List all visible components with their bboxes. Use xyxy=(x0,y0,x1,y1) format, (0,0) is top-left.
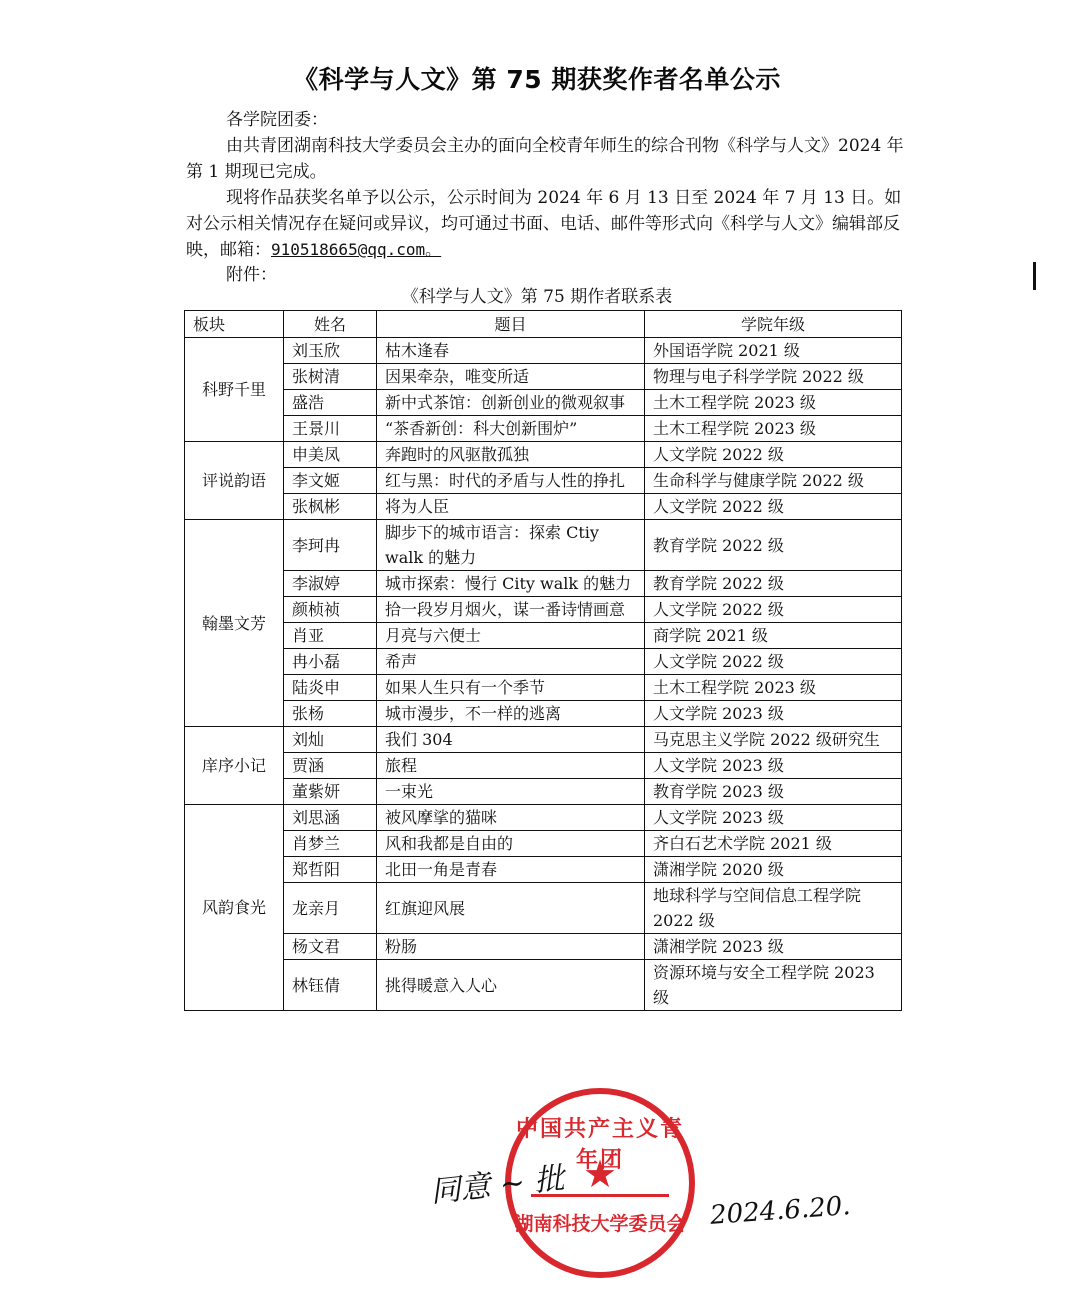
table-row: 张杨城市漫步，不一样的逃离人文学院 2023 级 xyxy=(185,701,902,727)
header-title: 题目 xyxy=(377,311,645,338)
table-row: 龙亲月红旗迎风展地球科学与空间信息工程学院 2022 级 xyxy=(185,883,902,934)
handwritten-date: 2024.6.20. xyxy=(709,1191,851,1231)
name-cell: 郑哲阳 xyxy=(284,857,377,883)
section-cell: 科野千里 xyxy=(185,338,284,442)
title-cell: 红旗迎风展 xyxy=(377,883,645,934)
title-cell: 奔跑时的风驱散孤独 xyxy=(377,442,645,468)
table-row: 肖梦兰风和我都是自由的齐白石艺术学院 2021 级 xyxy=(185,831,902,857)
email-link[interactable]: 910518665@qq.com。 xyxy=(271,240,441,259)
name-cell: 李珂冉 xyxy=(284,520,377,571)
table-row: 贾涵旅程人文学院 2023 级 xyxy=(185,753,902,779)
name-cell: 陆炎申 xyxy=(284,675,377,701)
section-cell: 风韵食光 xyxy=(185,805,284,1011)
paragraph-notice: 现将作品获奖名单予以公示，公示时间为 2024 年 6 月 13 日至 2024… xyxy=(186,185,906,263)
header-section: 板块 xyxy=(185,311,284,338)
name-cell: 林钰倩 xyxy=(284,960,377,1011)
college-cell: 土木工程学院 2023 级 xyxy=(645,416,902,442)
college-cell: 马克思主义学院 2022 级研究生 xyxy=(645,727,902,753)
table-header-row: 板块 姓名 题目 学院年级 xyxy=(185,311,902,338)
salutation-text: 各学院团委： xyxy=(186,110,328,130)
section-cell: 评说韵语 xyxy=(185,442,284,520)
title-cell: 城市探索：慢行 City walk 的魅力 xyxy=(377,571,645,597)
table-row: 杨文君粉肠潇湘学院 2023 级 xyxy=(185,934,902,960)
table-row: 风韵食光刘思涵被风摩挲的猫咪人文学院 2023 级 xyxy=(185,805,902,831)
table-row: 盛浩新中式茶馆：创新创业的微观叙事土木工程学院 2023 级 xyxy=(185,390,902,416)
college-cell: 人文学院 2023 级 xyxy=(645,701,902,727)
name-cell: 颜桢祯 xyxy=(284,597,377,623)
name-cell: 张树清 xyxy=(284,364,377,390)
table-row: 冉小磊希声人文学院 2022 级 xyxy=(185,649,902,675)
table-row: 陆炎申如果人生只有一个季节土木工程学院 2023 级 xyxy=(185,675,902,701)
title-cell: 城市漫步，不一样的逃离 xyxy=(377,701,645,727)
section-cell: 庠序小记 xyxy=(185,727,284,805)
table-row: 庠序小记刘灿我们 304马克思主义学院 2022 级研究生 xyxy=(185,727,902,753)
name-cell: 肖亚 xyxy=(284,623,377,649)
title-cell: 我们 304 xyxy=(377,727,645,753)
title-cell: 枯木逢春 xyxy=(377,338,645,364)
name-cell: 董紫妍 xyxy=(284,779,377,805)
paragraph-intro: 由共青团湖南科技大学委员会主办的面向全校青年师生的综合刊物《科学与人文》2024… xyxy=(186,133,906,185)
college-cell: 土木工程学院 2023 级 xyxy=(645,390,902,416)
table-body: 科野千里刘玉欣枯木逢春外国语学院 2021 级张树清因果牵杂，唯变所适物理与电子… xyxy=(185,338,902,1011)
college-cell: 生命科学与健康学院 2022 级 xyxy=(645,468,902,494)
name-cell: 杨文君 xyxy=(284,934,377,960)
college-cell: 物理与电子科学学院 2022 级 xyxy=(645,364,902,390)
table-caption: 《科学与人文》第 75 期作者联系表 xyxy=(0,282,1074,307)
table-row: 郑哲阳北田一角是青春潇湘学院 2020 级 xyxy=(185,857,902,883)
name-cell: 刘玉欣 xyxy=(284,338,377,364)
table-row: 林钰倩挑得暖意入人心资源环境与安全工程学院 2023 级 xyxy=(185,960,902,1011)
name-cell: 张杨 xyxy=(284,701,377,727)
table-row: 翰墨文芳李珂冉脚步下的城市语言：探索 Ctiy walk 的魅力教育学院 202… xyxy=(185,520,902,571)
header-name: 姓名 xyxy=(284,311,377,338)
section-cell: 翰墨文芳 xyxy=(185,520,284,727)
document-title: 《科学与人文》第 75 期获奖作者名单公示 xyxy=(0,60,1074,96)
name-cell: 刘灿 xyxy=(284,727,377,753)
title-cell: 月亮与六便士 xyxy=(377,623,645,649)
title-cell: 新中式茶馆：创新创业的微观叙事 xyxy=(377,390,645,416)
table-row: 董紫妍一束光教育学院 2023 级 xyxy=(185,779,902,805)
name-cell: 张枫彬 xyxy=(284,494,377,520)
college-cell: 人文学院 2023 级 xyxy=(645,753,902,779)
name-cell: 盛浩 xyxy=(284,390,377,416)
title-cell: 拾一段岁月烟火，谋一番诗情画意 xyxy=(377,597,645,623)
title-cell: 脚步下的城市语言：探索 Ctiy walk 的魅力 xyxy=(377,520,645,571)
college-cell: 齐白石艺术学院 2021 级 xyxy=(645,831,902,857)
college-cell: 潇湘学院 2023 级 xyxy=(645,934,902,960)
title-cell: “茶香新创：科大创新围炉” xyxy=(377,416,645,442)
title-cell: 粉肠 xyxy=(377,934,645,960)
table-row: 李淑婷城市探索：慢行 City walk 的魅力教育学院 2022 级 xyxy=(185,571,902,597)
table-row: 李文姬红与黑：时代的矛盾与人性的挣扎生命科学与健康学院 2022 级 xyxy=(185,468,902,494)
college-cell: 外国语学院 2021 级 xyxy=(645,338,902,364)
college-cell: 资源环境与安全工程学院 2023 级 xyxy=(645,960,902,1011)
name-cell: 刘思涵 xyxy=(284,805,377,831)
college-cell: 地球科学与空间信息工程学院 2022 级 xyxy=(645,883,902,934)
college-cell: 人文学院 2022 级 xyxy=(645,442,902,468)
name-cell: 冉小磊 xyxy=(284,649,377,675)
title-cell: 因果牵杂，唯变所适 xyxy=(377,364,645,390)
table-row: 张枫彬将为人臣人文学院 2022 级 xyxy=(185,494,902,520)
college-cell: 教育学院 2022 级 xyxy=(645,520,902,571)
table-row: 王景川“茶香新创：科大创新围炉”土木工程学院 2023 级 xyxy=(185,416,902,442)
title-cell: 如果人生只有一个季节 xyxy=(377,675,645,701)
title-cell: 北田一角是青春 xyxy=(377,857,645,883)
college-cell: 人文学院 2022 级 xyxy=(645,649,902,675)
header-college: 学院年级 xyxy=(645,311,902,338)
name-cell: 贾涵 xyxy=(284,753,377,779)
college-cell: 商学院 2021 级 xyxy=(645,623,902,649)
table-row: 颜桢祯拾一段岁月烟火，谋一番诗情画意人文学院 2022 级 xyxy=(185,597,902,623)
authors-table: 板块 姓名 题目 学院年级 科野千里刘玉欣枯木逢春外国语学院 2021 级张树清… xyxy=(184,310,902,1011)
table-row: 科野千里刘玉欣枯木逢春外国语学院 2021 级 xyxy=(185,338,902,364)
title-cell: 风和我都是自由的 xyxy=(377,831,645,857)
college-cell: 人文学院 2022 级 xyxy=(645,494,902,520)
college-cell: 人文学院 2023 级 xyxy=(645,805,902,831)
title-cell: 一束光 xyxy=(377,779,645,805)
name-cell: 李淑婷 xyxy=(284,571,377,597)
college-cell: 教育学院 2023 级 xyxy=(645,779,902,805)
title-cell: 将为人臣 xyxy=(377,494,645,520)
table-row: 评说韵语申美凤奔跑时的风驱散孤独人文学院 2022 级 xyxy=(185,442,902,468)
title-cell: 红与黑：时代的矛盾与人性的挣扎 xyxy=(377,468,645,494)
title-cell: 挑得暖意入人心 xyxy=(377,960,645,1011)
table-row: 肖亚月亮与六便士商学院 2021 级 xyxy=(185,623,902,649)
college-cell: 教育学院 2022 级 xyxy=(645,571,902,597)
name-cell: 龙亲月 xyxy=(284,883,377,934)
name-cell: 肖梦兰 xyxy=(284,831,377,857)
name-cell: 王景川 xyxy=(284,416,377,442)
college-cell: 人文学院 2022 级 xyxy=(645,597,902,623)
name-cell: 申美凤 xyxy=(284,442,377,468)
college-cell: 潇湘学院 2020 级 xyxy=(645,857,902,883)
title-cell: 希声 xyxy=(377,649,645,675)
title-cell: 被风摩挲的猫咪 xyxy=(377,805,645,831)
name-cell: 李文姬 xyxy=(284,468,377,494)
table-row: 张树清因果牵杂，唯变所适物理与电子科学学院 2022 级 xyxy=(185,364,902,390)
salutation: 各学院团委： xyxy=(186,107,906,133)
seal-bottom-text: 湖南科技大学委员会 xyxy=(511,1209,689,1236)
college-cell: 土木工程学院 2023 级 xyxy=(645,675,902,701)
title-cell: 旅程 xyxy=(377,753,645,779)
